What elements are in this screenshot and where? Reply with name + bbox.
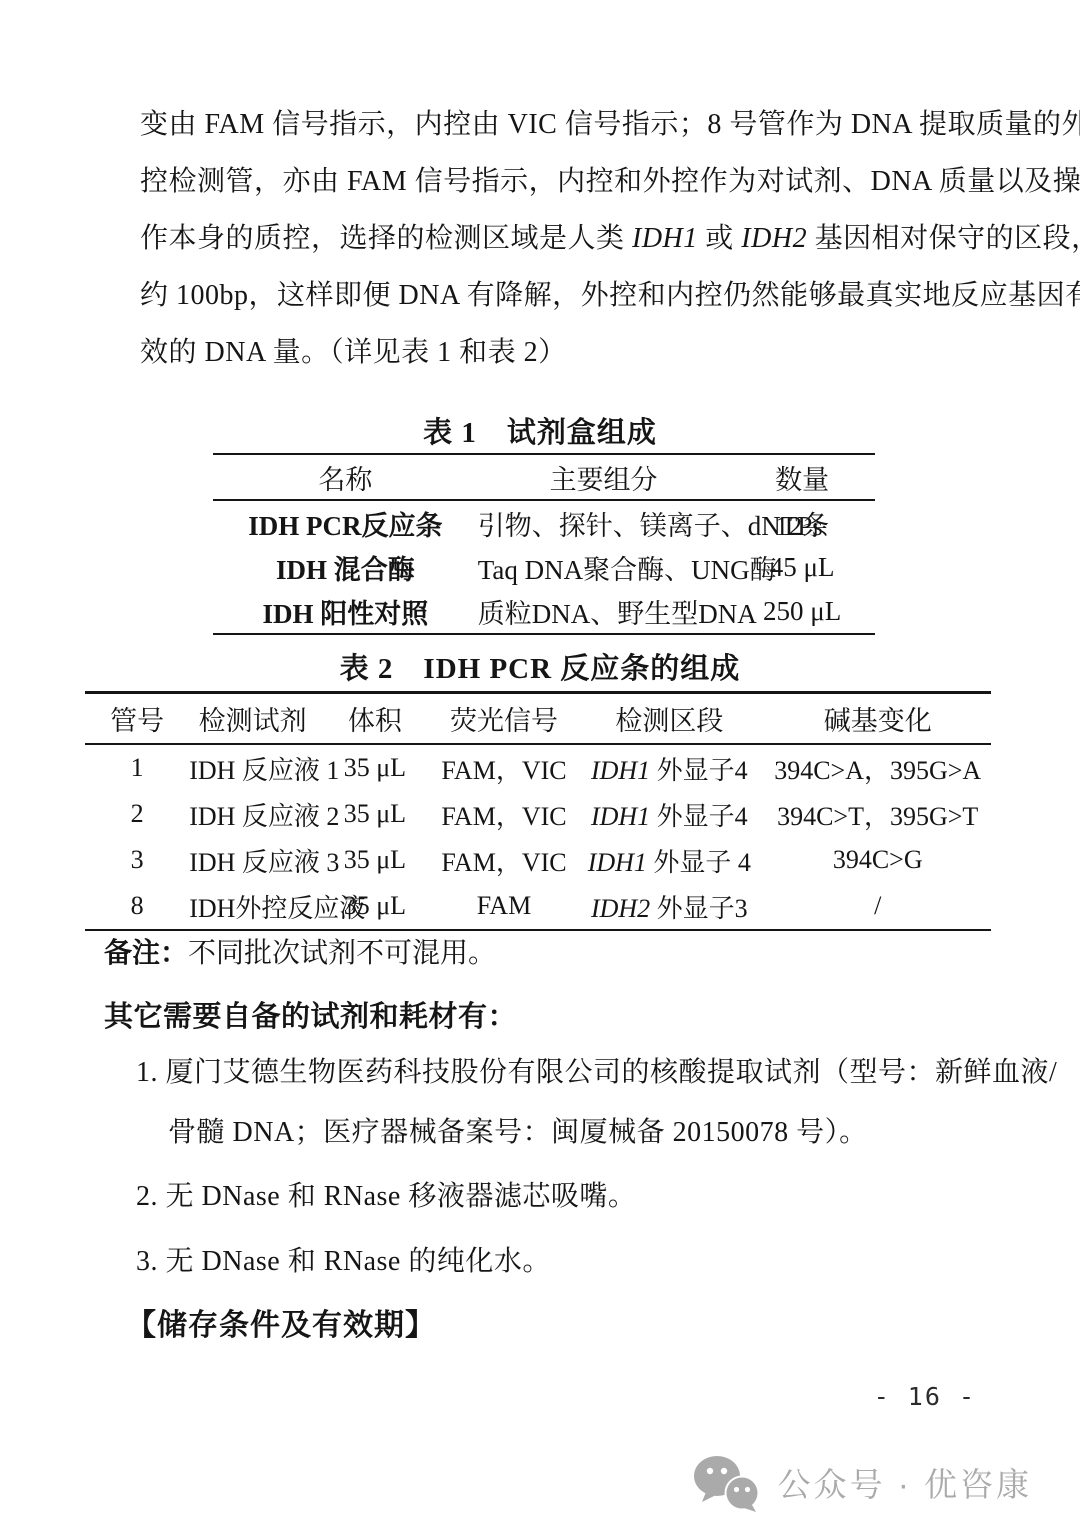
wechat-icon — [692, 1452, 764, 1512]
paragraph-line: 控检测管，亦由 FAM 信号指示，内控和外控作为对试剂、DNA 质量以及操 — [140, 153, 1000, 210]
table2-header-signal: 荧光信号 — [434, 699, 574, 738]
list-item-continuation: 骨髓 DNA；医疗器械备案号：闽厦械备 20150078 号）。 — [168, 1110, 868, 1150]
remark-label: 备注： — [104, 938, 188, 969]
table2-header-tube: 管号 — [85, 699, 189, 738]
gene-name-italic: IDH1 — [591, 802, 650, 831]
document-page: 变由 FAM 信号指示，内控由 VIC 信号指示；8 号管作为 DNA 提取质量… — [0, 0, 1080, 1527]
paragraph-line: 效的 DNA 量。（详见表 1 和表 2） — [140, 324, 1000, 381]
table-row: IDH 阳性对照 质粒DNA、野生型DNA 250 μL — [213, 589, 875, 633]
table-row: IDH 混合酶 Taq DNA聚合酶、UNG酶 45 μL — [213, 545, 875, 589]
remark-line: 备注：不同批次试剂不可混用。 — [104, 931, 496, 971]
table1-header-components: 主要组分 — [478, 458, 730, 497]
gene-name-italic: IDH1 — [632, 223, 698, 254]
page-number: - 16 - — [874, 1382, 976, 1411]
body-paragraph: 变由 FAM 信号指示，内控由 VIC 信号指示；8 号管作为 DNA 提取质量… — [140, 96, 1000, 381]
table-row: IDH PCR反应条 引物、探针、镁离子、dNTPs 12条 — [213, 501, 875, 545]
table-row: 3 IDH 反应液 3 35 μL FAM，VIC IDH1 外显子 4 394… — [85, 837, 991, 883]
table1-header-row: 名称 主要组分 数量 — [213, 455, 875, 501]
gene-name-italic: IDH2 — [741, 223, 807, 254]
table1-header-name: 名称 — [213, 458, 478, 497]
paragraph-line: 约 100bp，这样即便 DNA 有降解，外控和内控仍然能够最真实地反应基因有 — [140, 267, 1000, 324]
paragraph-line: 变由 FAM 信号指示，内控由 VIC 信号指示；8 号管作为 DNA 提取质量… — [140, 96, 1000, 153]
list-item: 2. 无 DNase 和 RNase 移液器滤芯吸嘴。 — [136, 1174, 636, 1214]
remark-text: 不同批次试剂不可混用。 — [188, 938, 496, 969]
list-item: 1. 厦门艾德生物医药科技股份有限公司的核酸提取试剂（型号：新鲜血液/ — [136, 1050, 1057, 1090]
storage-section-heading: 【储存条件及有效期】 — [126, 1300, 436, 1344]
paragraph-line: 作本身的质控，选择的检测区域是人类 IDH1 或 IDH2 基因相对保守的区段， — [140, 210, 1000, 267]
table2-header-volume: 体积 — [316, 699, 434, 738]
gene-name-italic: IDH1 — [588, 848, 647, 877]
table1-title: 表 1 试剂盒组成 — [0, 410, 1080, 451]
table2-header-change: 碱基变化 — [764, 699, 991, 738]
watermark-footer: 公众号 · 优咨康 — [692, 1452, 1032, 1512]
table-row: 8 IDH外控反应液 35 μL FAM IDH2 外显子3 / — [85, 883, 991, 929]
table2-header-row: 管号 检测试剂 体积 荧光信号 检测区段 碱基变化 — [85, 694, 991, 745]
table-row: 2 IDH 反应液 2 35 μL FAM，VIC IDH1 外显子4 394C… — [85, 791, 991, 837]
table2-pcr-strip-composition: 管号 检测试剂 体积 荧光信号 检测区段 碱基变化 1 IDH 反应液 1 35… — [85, 691, 991, 931]
table2-title: 表 2 IDH PCR 反应条的组成 — [0, 646, 1080, 687]
table-row: 1 IDH 反应液 1 35 μL FAM，VIC IDH1 外显子4 394C… — [85, 745, 991, 791]
list-item: 3. 无 DNase 和 RNase 的纯化水。 — [136, 1239, 551, 1279]
gene-name-italic: IDH2 — [591, 894, 650, 923]
table1-header-qty: 数量 — [729, 458, 875, 497]
gene-name-italic: IDH1 — [591, 756, 650, 785]
self-provide-heading: 其它需要自备的试剂和耗材有： — [104, 994, 517, 1035]
table2-header-region: 检测区段 — [574, 699, 764, 738]
watermark-text: 公众号 · 优咨康 — [778, 1459, 1032, 1506]
table2-header-reagent: 检测试剂 — [189, 699, 316, 738]
table1-kit-composition: 名称 主要组分 数量 IDH PCR反应条 引物、探针、镁离子、dNTPs 12… — [213, 453, 875, 635]
